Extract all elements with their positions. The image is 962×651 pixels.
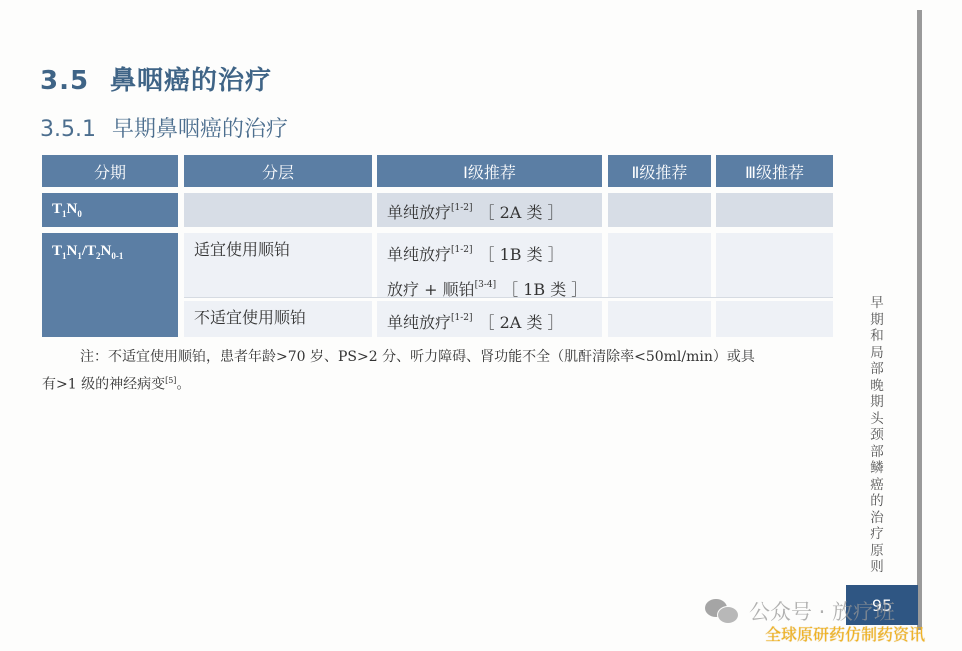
level2-cell	[608, 193, 711, 227]
page-edge-bar	[917, 10, 922, 630]
header-layer: 分层	[184, 155, 372, 187]
subsection-number: 3.5.1	[40, 117, 112, 142]
level3-cell	[716, 193, 833, 227]
subsection-title: 早期鼻咽癌的治疗	[112, 117, 288, 142]
footnote-line-2: 有>1 级的神经病变[5]。	[42, 369, 842, 397]
layer-cisplatin-unsuitable: 不适宜使用顺铂	[184, 301, 372, 337]
stage-t1n0: T1N0	[42, 193, 178, 227]
level3-cell	[716, 301, 833, 337]
header-level1: Ⅰ级推荐	[377, 155, 602, 187]
stage-t1n1-t2n0-1: T1N1/T2N0-1	[42, 233, 178, 337]
header-stage: 分期	[42, 155, 178, 187]
chapter-side-title: 早期和局部晚期头颈部鳞癌的治疗原则	[868, 295, 886, 576]
level1-cell: 单纯放疗[1-2]［ 2A 类 ］	[377, 193, 602, 227]
subsection-heading: 3.5.1早期鼻咽癌的治疗	[40, 112, 288, 143]
header-level3: Ⅲ级推荐	[716, 155, 833, 187]
level3-cell	[716, 233, 833, 297]
wechat-icon	[705, 599, 739, 623]
section-number: 3.5	[40, 66, 110, 96]
section-title: 鼻咽癌的治疗	[110, 66, 272, 96]
level2-cell	[608, 233, 711, 297]
header-level2: Ⅱ级推荐	[608, 155, 711, 187]
section-heading: 3.5鼻咽癌的治疗	[40, 60, 272, 97]
level1-cell: 单纯放疗[1-2]［ 1B 类 ］ 放疗 + 顺铂[3-4]［ 1B 类 ］	[377, 233, 602, 297]
layer-cisplatin-suitable: 适宜使用顺铂	[184, 233, 372, 297]
watermark-caption: 全球原研药仿制药资讯	[765, 622, 925, 645]
level2-cell	[608, 301, 711, 337]
row-divider	[184, 297, 833, 298]
table-footnote: 注：不适宜使用顺铂，患者年龄>70 岁、PS>2 分、听力障碍、肾功能不全（肌酐…	[42, 345, 842, 397]
footnote-line-1: 注：不适宜使用顺铂，患者年龄>70 岁、PS>2 分、听力障碍、肾功能不全（肌酐…	[42, 345, 842, 369]
layer-cell-empty	[184, 193, 372, 227]
level1-cell: 单纯放疗[1-2]［ 2A 类 ］	[377, 301, 602, 337]
